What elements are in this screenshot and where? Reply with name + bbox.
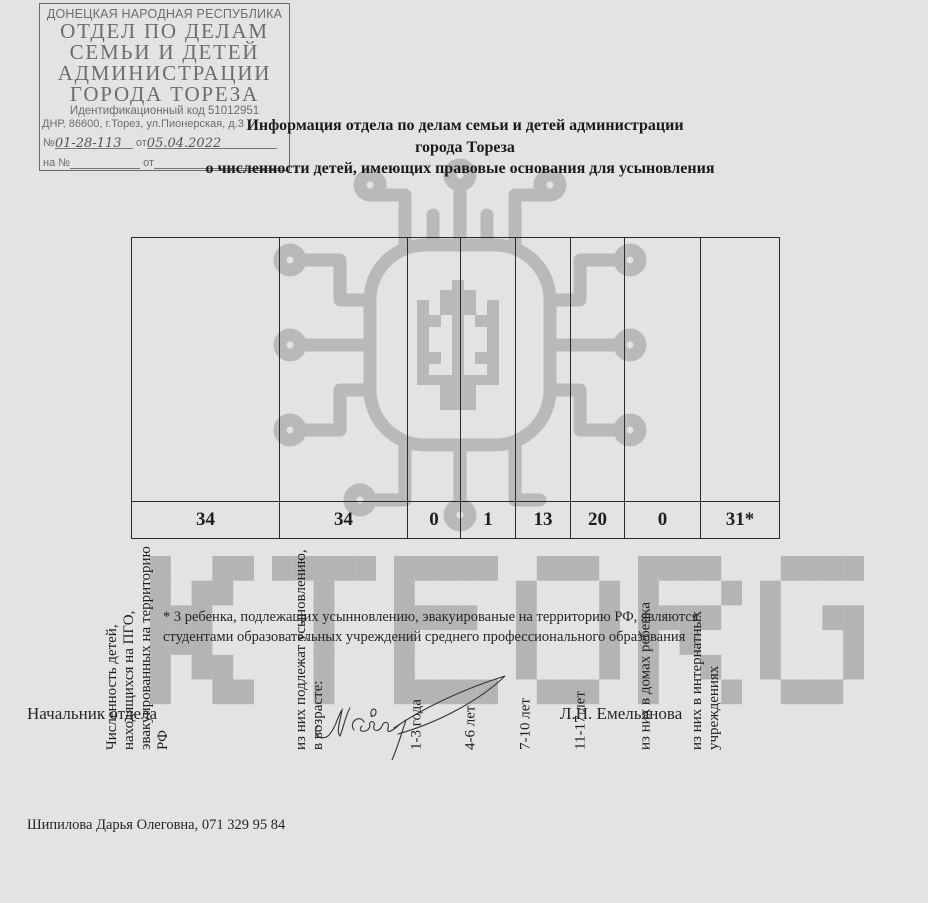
value-cell: 13 bbox=[516, 502, 571, 539]
signatory-role: Начальник отдела bbox=[27, 704, 157, 724]
header-cell-total: Численность детей, находящихся на ПГО, э… bbox=[132, 238, 280, 502]
stamp-dept-line: ОТДЕЛ ПО ДЕЛАМ bbox=[40, 21, 289, 42]
value-cell: 20 bbox=[571, 502, 625, 539]
ref-date-label: от bbox=[143, 157, 154, 169]
header-cell-age-7-10: 7-10 лет bbox=[516, 238, 571, 502]
header-cell-age-4-6: 4-6 лет bbox=[461, 238, 516, 502]
reg-number-label: № bbox=[43, 137, 55, 149]
handwritten-signature bbox=[310, 670, 510, 760]
value-cell: 1 bbox=[461, 502, 516, 539]
header-cell-age-11-17: 11-17 лет bbox=[571, 238, 625, 502]
reg-date-label: от bbox=[136, 137, 147, 149]
contact-person: Шипилова Дарья Олеговна, 071 329 95 84 bbox=[27, 817, 285, 834]
header-cell-baby-homes: из них в домах ребенка bbox=[625, 238, 701, 502]
table-row: 34 34 0 1 13 20 0 31* bbox=[132, 502, 780, 539]
value-cell: 0 bbox=[408, 502, 461, 539]
stamp-dept-line: АДМИНИСТРАЦИИ bbox=[40, 63, 289, 84]
value-cell: 34 bbox=[132, 502, 280, 539]
ref-number-label: на № bbox=[43, 157, 70, 169]
value-cell: 34 bbox=[280, 502, 408, 539]
stamp-dept-line: ГОРОДА ТОРЕЗА bbox=[40, 84, 289, 105]
stamp-id-code: Идентификационный код 51012951 bbox=[40, 105, 289, 117]
table-header-row: Численность детей, находящихся на ПГО, э… bbox=[132, 238, 780, 502]
header-cell-boarding: из них в интернатных учреждениях bbox=[701, 238, 780, 502]
document-title-city: города Тореза bbox=[230, 139, 700, 157]
value-cell: 0 bbox=[625, 502, 701, 539]
header-cell-age-1-3: 1-3 года bbox=[408, 238, 461, 502]
reg-date-value: 05.04.2022 bbox=[147, 136, 221, 151]
signatory-name: Л.Н. Емельянова bbox=[560, 704, 682, 724]
value-cell: 31* bbox=[701, 502, 780, 539]
header-cell-adoptable: из них подлежат усыновлению, в возрасте: bbox=[280, 238, 408, 502]
adoption-statistics-table: Численность детей, находящихся на ПГО, э… bbox=[131, 237, 780, 539]
document-subtitle: о численности детей, имеющих правовые ос… bbox=[160, 160, 760, 178]
reg-number-value: 01-28-113 bbox=[55, 136, 122, 151]
document-title: Информация отдела по делам семьи и детей… bbox=[230, 117, 700, 135]
footnote-line: * 3 ребенка, подлежащих усынновлению, эв… bbox=[163, 609, 698, 626]
stamp-dept-line: СЕМЬИ И ДЕТЕЙ bbox=[40, 42, 289, 63]
footnote-line: студентами образовательных учреждений ср… bbox=[163, 629, 685, 646]
